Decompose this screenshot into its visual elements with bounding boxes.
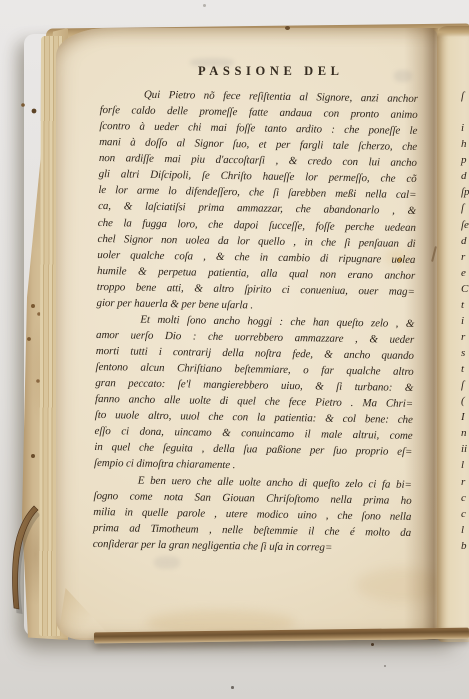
speck <box>384 665 386 667</box>
facing-page-sliver: ſihpdſpſſedreCtirstſ(Iniilrcclb <box>437 26 469 642</box>
edge-letter-fragment: r <box>461 474 469 490</box>
edge-letter-fragment: ſ <box>461 377 469 393</box>
showthrough-smudge <box>394 70 412 82</box>
edge-letter-fragment: r <box>461 329 469 345</box>
edge-letter-fragment: ſe <box>461 217 469 233</box>
edge-letter-fragment: d <box>461 233 469 249</box>
edge-letter-fragment: ſ <box>461 200 469 216</box>
speck <box>371 643 374 646</box>
speck <box>231 686 234 689</box>
edge-letter-fragment: l <box>461 457 469 473</box>
edge-letter-fragment: s <box>461 345 469 361</box>
speck <box>203 4 206 7</box>
running-header: PASSIONE DEL <box>198 64 358 79</box>
showthrough-smudge <box>154 556 180 569</box>
edge-letter-fragment: b <box>461 538 469 554</box>
edge-letter-fragment: n <box>461 425 469 441</box>
strap-shadow <box>15 511 41 614</box>
edge-letter-fragment: I <box>461 409 469 425</box>
edge-letter-fragment: t <box>461 297 469 313</box>
edge-letter-fragment: l <box>461 522 469 538</box>
edge-letter-fragment: i <box>461 120 469 136</box>
edge-letter-fragment: C <box>461 281 469 297</box>
book-photograph: PASSIONE DEL Qui Pietro nõ fece reſiſten… <box>0 0 469 699</box>
top-edge-chip <box>285 26 290 30</box>
open-left-page: PASSIONE DEL Qui Pietro nõ fece reſiſten… <box>56 28 438 640</box>
printed-text-block: Qui Pietro nõ fece reſiſtentia al Signor… <box>93 86 418 557</box>
edge-letter-fragment: p <box>461 152 469 168</box>
edge-letter-fragment: h <box>461 136 469 152</box>
facing-page-top-rim <box>437 26 469 37</box>
edge-letter-fragment: i <box>461 313 469 329</box>
edge-letter-fragment: ſp <box>461 184 469 200</box>
edge-letter-fragment: r <box>461 249 469 265</box>
facing-page-text-fragments: ſihpdſpſſedreCtirstſ(Iniilrcclb <box>461 88 469 554</box>
edge-letter-fragment: ii <box>461 441 469 457</box>
edge-letter-fragment <box>461 104 469 120</box>
page-stain <box>356 568 446 602</box>
edge-letter-fragment: e <box>461 265 469 281</box>
edge-letter-fragment: d <box>461 168 469 184</box>
foxing-freckles <box>0 0 2 2</box>
edge-letter-fragment: c <box>461 490 469 506</box>
bottom-corner-crease <box>58 588 112 638</box>
edge-letter-fragment: ſ <box>461 88 469 104</box>
edge-letter-fragment: c <box>461 506 469 522</box>
edge-letter-fragment: t <box>461 361 469 377</box>
edge-letter-fragment: ( <box>461 393 469 409</box>
